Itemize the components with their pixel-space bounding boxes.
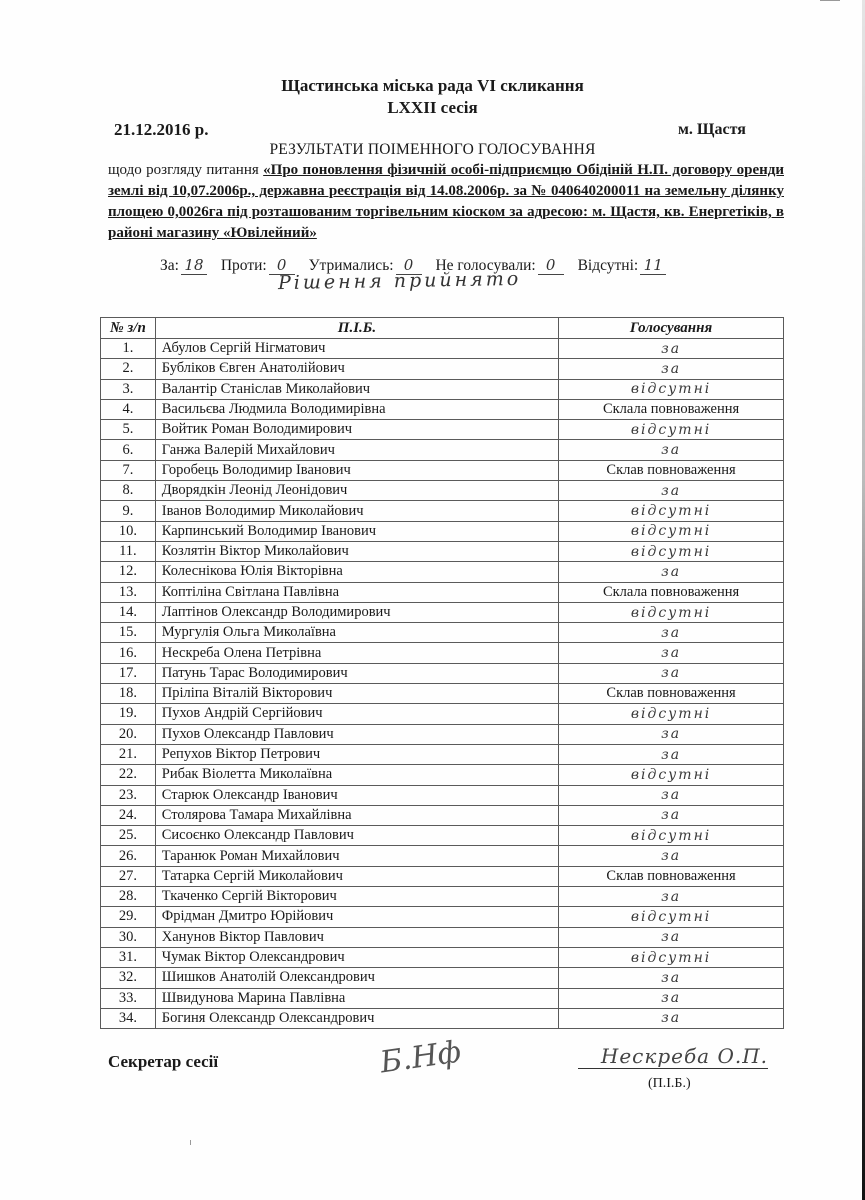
document-city: м. Щастя (678, 121, 746, 139)
table-row: 32.Шишков Анатолій Олександровичза (101, 968, 784, 988)
row-vote: за (559, 805, 784, 825)
table-row: 25.Сисоєнко Олександр Павловичвідсутні (101, 826, 784, 846)
row-name: Шишков Анатолій Олександрович (155, 968, 558, 988)
table-row: 8.Дворядкін Леонід Леонідовичза (101, 481, 784, 501)
table-header-row: № з/п П.І.Б. Голосування (101, 318, 784, 339)
row-name: Столярова Тамара Михайлівна (155, 805, 558, 825)
row-name: Коптіліна Світлана Павлівна (155, 582, 558, 602)
row-number: 34. (101, 1008, 156, 1028)
row-vote: за (559, 988, 784, 1008)
table-row: 22.Рибак Віолетта Миколаївнавідсутні (101, 765, 784, 785)
table-row: 27.Татарка Сергій МиколайовичСклав повно… (101, 866, 784, 886)
row-number: 8. (101, 481, 156, 501)
row-number: 28. (101, 887, 156, 907)
row-number: 1. (101, 339, 156, 359)
row-vote: за (559, 744, 784, 764)
row-vote: відсутні (559, 704, 784, 724)
table-row: 5.Войтик Роман Володимировичвідсутні (101, 420, 784, 440)
row-vote: відсутні (559, 765, 784, 785)
row-name: Лаптінов Олександр Володимирович (155, 602, 558, 622)
row-number: 20. (101, 724, 156, 744)
row-vote: Склала повноваження (559, 399, 784, 419)
row-number: 22. (101, 765, 156, 785)
row-vote: відсутні (559, 521, 784, 541)
row-vote: за (559, 1008, 784, 1028)
row-name: Валантір Станіслав Миколайович (155, 379, 558, 399)
document-title: РЕЗУЛЬТАТИ ПОІМЕННОГО ГОЛОСУВАННЯ (0, 141, 865, 159)
table-row: 19.Пухов Андрій Сергійовичвідсутні (101, 704, 784, 724)
document-page: Щастинська міська рада VI скликання LXXI… (0, 0, 865, 1200)
row-vote: відсутні (559, 420, 784, 440)
row-name: Сисоєнко Олександр Павлович (155, 826, 558, 846)
row-vote: за (559, 724, 784, 744)
row-vote: відсутні (559, 501, 784, 521)
row-number: 6. (101, 440, 156, 460)
row-number: 26. (101, 846, 156, 866)
tally-for-value: 18 (181, 256, 207, 275)
table-row: 23.Старюк Олександр Івановичза (101, 785, 784, 805)
council-title: Щастинська міська рада VI скликання (0, 76, 865, 96)
row-vote: за (559, 968, 784, 988)
row-vote: за (559, 846, 784, 866)
row-name: Рибак Віолетта Миколаївна (155, 765, 558, 785)
row-name: Пухов Андрій Сергійович (155, 704, 558, 724)
row-vote: за (559, 623, 784, 643)
tally-absent-value: 11 (640, 256, 666, 275)
row-vote: Склав повноваження (559, 866, 784, 886)
header-number: № з/п (101, 318, 156, 339)
row-number: 7. (101, 460, 156, 480)
row-number: 29. (101, 907, 156, 927)
row-vote: відсутні (559, 379, 784, 399)
row-name: Швидунова Марина Павлівна (155, 988, 558, 1008)
table-row: 33.Швидунова Марина Павлівназа (101, 988, 784, 1008)
row-name: Бубліков Євген Анатолійович (155, 359, 558, 379)
row-number: 18. (101, 684, 156, 704)
row-vote: за (559, 887, 784, 907)
table-row: 28.Ткаченко Сергій Вікторовичза (101, 887, 784, 907)
row-number: 24. (101, 805, 156, 825)
row-vote: відсутні (559, 541, 784, 561)
table-row: 13.Коптіліна Світлана ПавлівнаСклала пов… (101, 582, 784, 602)
row-name: Іванов Володимир Миколайович (155, 501, 558, 521)
row-vote: Склав повноваження (559, 460, 784, 480)
row-name: Ткаченко Сергій Вікторович (155, 887, 558, 907)
table-row: 34.Богиня Олександр Олександровичза (101, 1008, 784, 1028)
table-row: 9.Іванов Володимир Миколайовичвідсутні (101, 501, 784, 521)
row-number: 5. (101, 420, 156, 440)
row-number: 16. (101, 643, 156, 663)
row-name: Фрідман Дмитро Юрійович (155, 907, 558, 927)
row-vote: Склала повноваження (559, 582, 784, 602)
subject-prefix: щодо розгляду питання (108, 162, 263, 178)
table-row: 24.Столярова Тамара Михайлівназа (101, 805, 784, 825)
table-row: 1.Абулов Сергій Нігматовичза (101, 339, 784, 359)
row-name: Горобець Володимир Іванович (155, 460, 558, 480)
row-number: 3. (101, 379, 156, 399)
row-number: 25. (101, 826, 156, 846)
row-name: Чумак Віктор Олександрович (155, 947, 558, 967)
table-body: 1.Абулов Сергій Нігматовичза2.Бубліков Є… (101, 339, 784, 1029)
document-date: 21.12.2016 р. (114, 120, 208, 140)
table-row: 6.Ганжа Валерій Михайловичза (101, 440, 784, 460)
row-name: Абулов Сергій Нігматович (155, 339, 558, 359)
row-number: 32. (101, 968, 156, 988)
table-row: 30.Ханунов Віктор Павловичза (101, 927, 784, 947)
secretary-label: Секретар сесії (108, 1052, 218, 1072)
row-vote: за (559, 562, 784, 582)
table-row: 4.Васильєва Людмила ВолодимирівнаСклала … (101, 399, 784, 419)
header-name: П.І.Б. (155, 318, 558, 339)
row-name: Старюк Олександр Іванович (155, 785, 558, 805)
row-vote: за (559, 339, 784, 359)
row-number: 15. (101, 623, 156, 643)
row-vote: за (559, 643, 784, 663)
row-vote: за (559, 663, 784, 683)
scan-speck (190, 1140, 191, 1145)
tally-not-voted-value: 0 (538, 256, 564, 275)
session-title: LXXII сесія (0, 98, 865, 118)
row-number: 2. (101, 359, 156, 379)
table-row: 15.Мургулія Ольга Миколаївназа (101, 623, 784, 643)
secretary-signature: Б.Нф (378, 1035, 463, 1081)
row-name: Карпинський Володимир Іванович (155, 521, 558, 541)
table-row: 26.Таранюк Роман Михайловичза (101, 846, 784, 866)
table-row: 2.Бубліков Євген Анатолійовичза (101, 359, 784, 379)
row-name: Татарка Сергій Миколайович (155, 866, 558, 886)
table-row: 7.Горобець Володимир ІвановичСклав повно… (101, 460, 784, 480)
row-number: 27. (101, 866, 156, 886)
row-name: Пухов Олександр Павлович (155, 724, 558, 744)
header-vote: Голосування (559, 318, 784, 339)
row-vote: за (559, 359, 784, 379)
table-row: 20.Пухов Олександр Павловичза (101, 724, 784, 744)
row-name: Войтик Роман Володимирович (155, 420, 558, 440)
row-vote: відсутні (559, 907, 784, 927)
row-name: Ганжа Валерій Михайлович (155, 440, 558, 460)
row-number: 12. (101, 562, 156, 582)
row-name: Нескреба Олена Петрівна (155, 643, 558, 663)
scan-artifact-line (820, 0, 840, 1)
row-name: Козлятін Віктор Миколайович (155, 541, 558, 561)
row-number: 21. (101, 744, 156, 764)
table-row: 31.Чумак Віктор Олександровичвідсутні (101, 947, 784, 967)
row-name: Таранюк Роман Михайлович (155, 846, 558, 866)
row-vote: за (559, 440, 784, 460)
row-name: Пріліпа Віталій Вікторович (155, 684, 558, 704)
row-name: Васильєва Людмила Володимирівна (155, 399, 558, 419)
table-row: 29.Фрідман Дмитро Юрійовичвідсутні (101, 907, 784, 927)
row-number: 4. (101, 399, 156, 419)
row-number: 33. (101, 988, 156, 1008)
row-number: 11. (101, 541, 156, 561)
row-vote: відсутні (559, 602, 784, 622)
row-number: 14. (101, 602, 156, 622)
row-name: Богиня Олександр Олександрович (155, 1008, 558, 1028)
name-caption: (П.І.Б.) (648, 1076, 691, 1092)
row-vote: відсутні (559, 826, 784, 846)
row-number: 9. (101, 501, 156, 521)
row-vote: відсутні (559, 947, 784, 967)
voting-subject: щодо розгляду питання «Про поновлення фі… (108, 160, 784, 244)
row-name: Репухов Віктор Петрович (155, 744, 558, 764)
row-name: Колеснікова Юлія Вікторівна (155, 562, 558, 582)
row-name: Ханунов Віктор Павлович (155, 927, 558, 947)
table-row: 16.Нескреба Олена Петрівназа (101, 643, 784, 663)
row-number: 17. (101, 663, 156, 683)
tally-absent-label: Відсутні: (578, 257, 639, 274)
table-row: 14.Лаптінов Олександр Володимировичвідсу… (101, 602, 784, 622)
table-row: 17.Патунь Тарас Володимировичза (101, 663, 784, 683)
row-vote: за (559, 481, 784, 501)
table-row: 3.Валантір Станіслав Миколайовичвідсутні (101, 379, 784, 399)
row-vote: за (559, 927, 784, 947)
row-number: 30. (101, 927, 156, 947)
secretary-name-handwritten: Нескреба О.П. (578, 1044, 768, 1069)
row-number: 13. (101, 582, 156, 602)
row-vote: Склав повноваження (559, 684, 784, 704)
table-row: 21.Репухов Віктор Петровичза (101, 744, 784, 764)
tally-against-label: Проти: (221, 257, 267, 274)
table-row: 18.Пріліпа Віталій ВікторовичСклав повно… (101, 684, 784, 704)
row-number: 19. (101, 704, 156, 724)
row-number: 10. (101, 521, 156, 541)
row-vote: за (559, 785, 784, 805)
table-row: 12.Колеснікова Юлія Вікторівназа (101, 562, 784, 582)
tally-for-label: За: (160, 257, 179, 274)
row-number: 31. (101, 947, 156, 967)
row-name: Патунь Тарас Володимирович (155, 663, 558, 683)
decision-handwritten: Рішення прийнято (278, 268, 522, 294)
row-name: Дворядкін Леонід Леонідович (155, 481, 558, 501)
table-row: 11.Козлятін Віктор Миколайовичвідсутні (101, 541, 784, 561)
roll-call-table: № з/п П.І.Б. Голосування 1.Абулов Сергій… (100, 317, 784, 1029)
table-row: 10.Карпинський Володимир Івановичвідсутн… (101, 521, 784, 541)
row-number: 23. (101, 785, 156, 805)
row-name: Мургулія Ольга Миколаївна (155, 623, 558, 643)
